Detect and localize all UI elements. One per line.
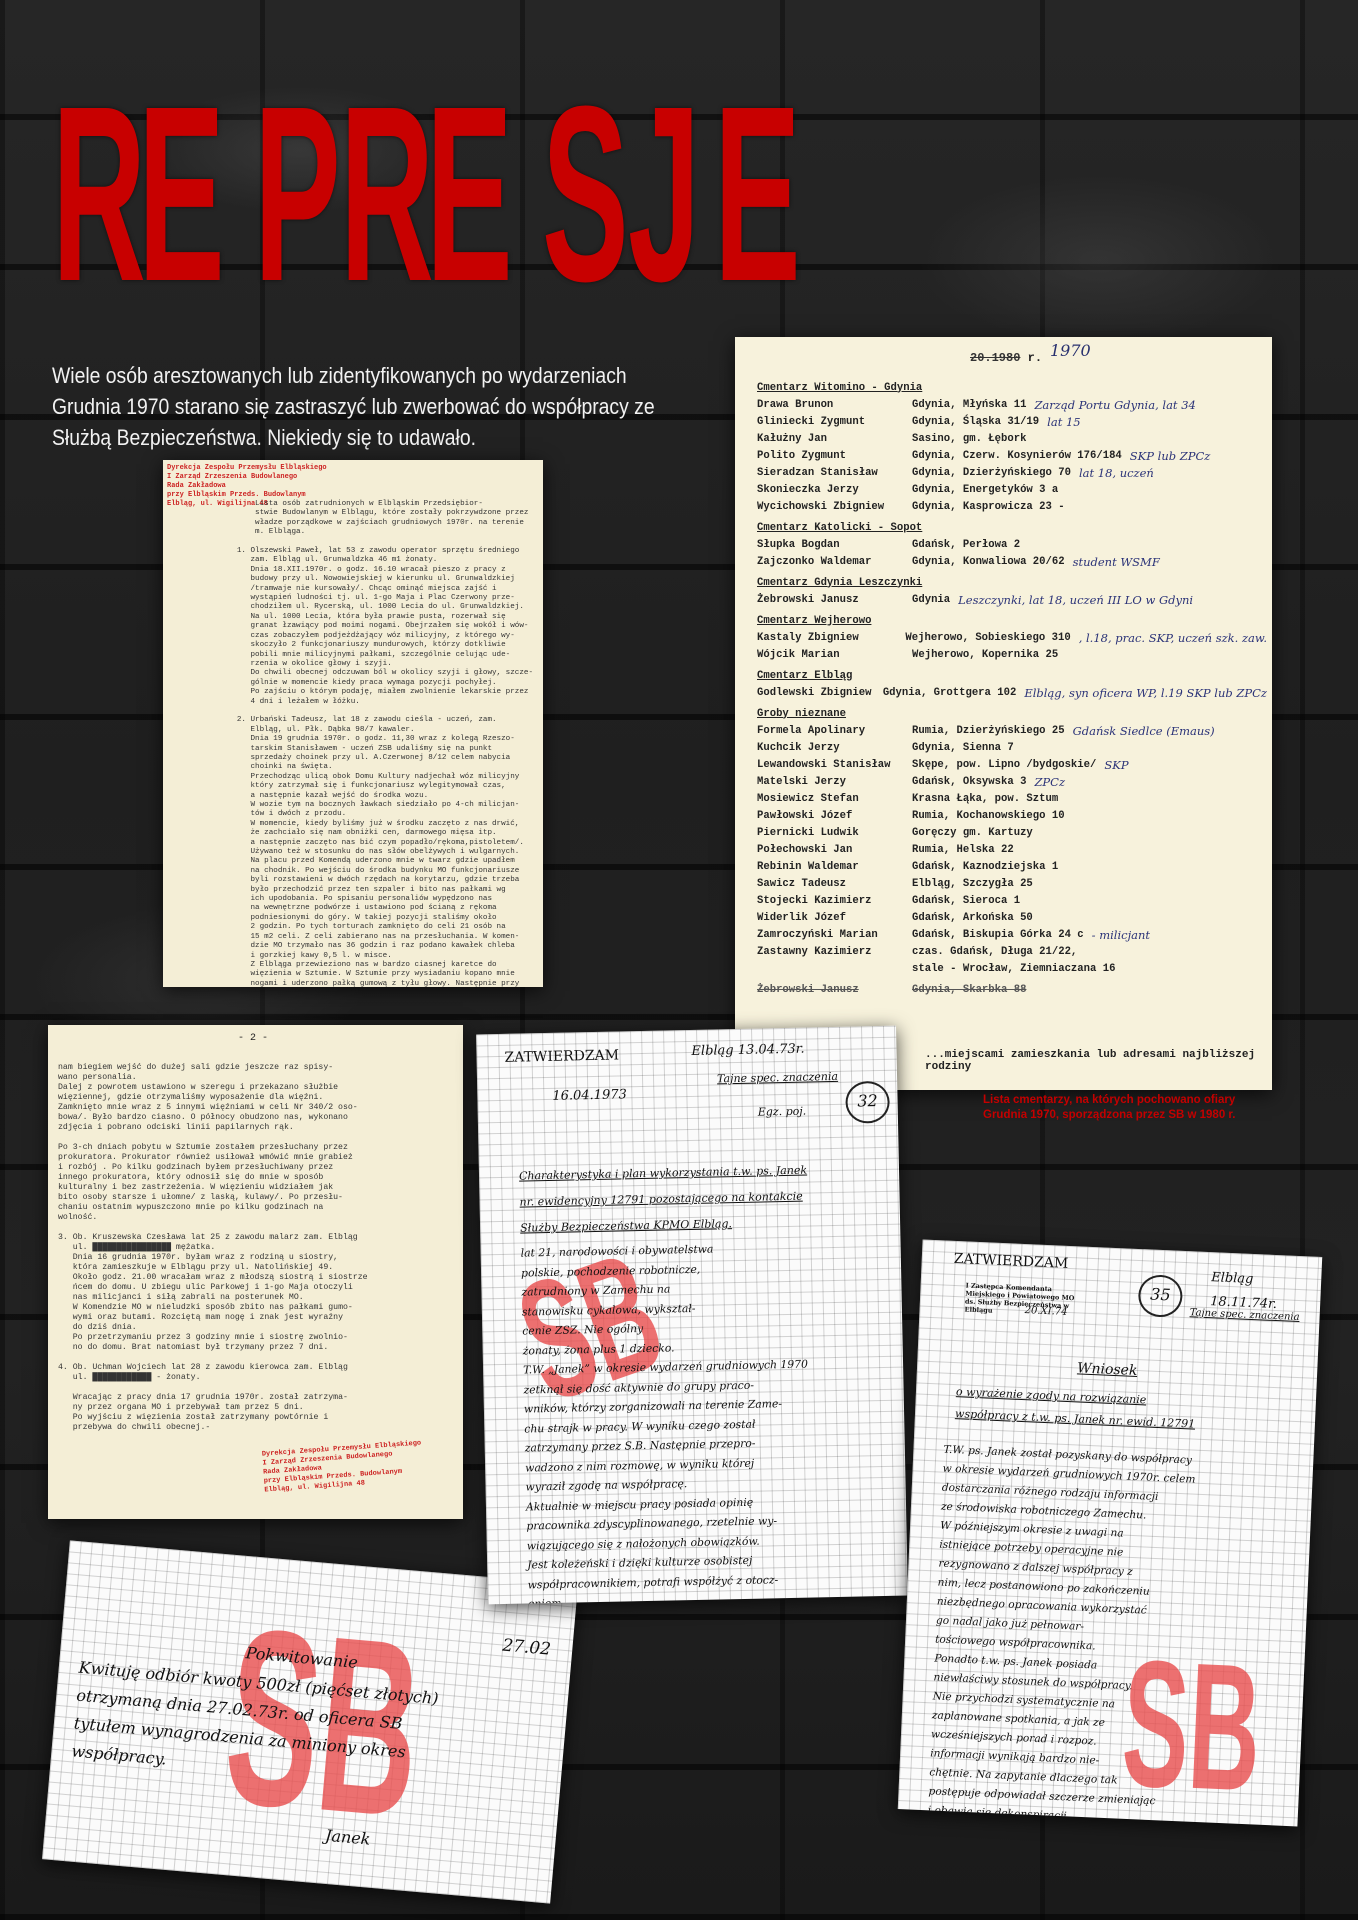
- victim-name: Kałużny Jan: [757, 433, 912, 445]
- list-item: Zajczonko WaldemarGdynia, Konwaliowa 20/…: [757, 553, 1267, 570]
- place-date: Elbląg 13.04.73r.: [691, 1038, 805, 1064]
- page-number-circle: 35: [1137, 1274, 1183, 1318]
- victim-address: Wejherowo, Kopernika 25: [912, 649, 1058, 661]
- list-item: Polito ZygmuntGdynia, Czerw. Kosynierów …: [757, 447, 1267, 464]
- handwritten-note: Gdańsk Siedlce (Emaus): [1073, 724, 1215, 738]
- classification: Tajne spec. znaczenia: [717, 1065, 838, 1092]
- handwritten-note: , l.18, prac. SKP, uczeń szk. zaw.: [1079, 631, 1267, 645]
- victim-name: Sieradzan Stanisław: [757, 467, 912, 479]
- handwritten-note: lat 15: [1047, 415, 1080, 429]
- handwritten-note: Elbląg, syn oficera WP, l.19 SKP lub ZPC…: [1024, 686, 1267, 700]
- victim-address: Gdańsk, Perłowa 2: [912, 539, 1020, 551]
- cemetery-heading: Cmentarz Witomino - Gdynia: [757, 379, 1267, 396]
- page-number: - 2 -: [238, 1033, 268, 1044]
- list-footer-text: ...miejscami zamieszkania lub adresami n…: [925, 1049, 1272, 1073]
- list-date: 20.1980 r.: [970, 351, 1042, 365]
- classification: Tajne spec. znaczenia: [1189, 1301, 1300, 1330]
- handwritten-note: SKP: [1104, 758, 1128, 772]
- victim-address: Gdynia, Kasprowicza 23 -: [912, 501, 1065, 513]
- title-letter: E: [714, 89, 751, 299]
- title-letter: S: [542, 89, 579, 299]
- victim-name: Cmentarz Gdynia Leszczynki: [757, 577, 922, 589]
- handwritten-note: lat 18, uczeń: [1079, 466, 1154, 480]
- victim-name: Lewandowski Stanisław: [757, 759, 912, 771]
- title-letter: E: [426, 89, 463, 299]
- victim-address: Gdynia, Sienna 7: [912, 742, 1014, 754]
- victim-address: Gdynia, Dzierżyńskiego 70: [912, 467, 1071, 479]
- cemetery-list-caption: Lista cmentarzy, na których pochowano of…: [983, 1093, 1273, 1123]
- victim-name: Połechowski Jan: [757, 844, 912, 856]
- victim-address: Skępe, pow. Lipno /bydgoskie/: [912, 759, 1096, 771]
- list-item: Mosiewicz StefanKrasna Łąka, pow. Sztum: [757, 790, 1267, 807]
- list-item: Wycichowski ZbigniewGdynia, Kasprowicza …: [757, 498, 1267, 515]
- list-item: Piernicki LudwikGoręczy gm. Kartuzy: [757, 824, 1267, 841]
- cemetery-heading: Cmentarz Gdynia Leszczynki: [757, 574, 1267, 591]
- report-text: nam biegiem wejść do dużej sali gdzie je…: [58, 1063, 458, 1433]
- list-item: Rebinin WaldemarGdańsk, Kaznodziejska 1: [757, 858, 1267, 875]
- victim-name: Polito Zygmunt: [757, 450, 912, 462]
- document-report-page-1: Dyrekcja Zespołu Przemysłu Elbląskiego I…: [163, 460, 543, 987]
- victim-address: Gdańsk, Sieroca 1: [912, 895, 1020, 907]
- victim-name: Drawa Brunon: [757, 399, 912, 411]
- document-tw-characteristics: ZATWIERDZAM 16.04.1973 Elbląg 13.04.73r.…: [476, 1026, 908, 1605]
- list-item: Sawicz TadeuszElbląg, Szczygła 25: [757, 875, 1267, 892]
- victim-name: Formela Apolinary: [757, 725, 912, 737]
- handwritten-note: - milicjant: [1092, 928, 1150, 942]
- victim-address: Gdańsk, Arkońska 50: [912, 912, 1033, 924]
- document-subject: o wyrażenie zgody na rozwiązanie współpr…: [955, 1381, 1197, 1435]
- document-body: lat 21, narodowości i obywatelstwa polsk…: [520, 1236, 898, 1605]
- victim-name: Wycichowski Zbigniew: [757, 501, 912, 513]
- list-item: stale - Wrocław, Ziemniaczana 16: [757, 960, 1267, 977]
- victim-name: Groby nieznane: [757, 708, 846, 720]
- victim-address: Gdynia, Młyńska 11: [912, 399, 1026, 411]
- list-item: Wójcik MarianWejherowo, Kopernika 25: [757, 646, 1267, 663]
- list-item: Zastawny Kazimierzczas. Gdańsk, Długa 21…: [757, 943, 1267, 960]
- victim-address: Krasna Łąka, pow. Sztum: [912, 793, 1058, 805]
- handwritten-note: ZPCz: [1034, 775, 1065, 789]
- list-item: Połechowski JanRumia, Helska 22: [757, 841, 1267, 858]
- handwritten-note: SKP lub ZPCz: [1130, 449, 1211, 463]
- list-item: Żebrowski JanuszGdyniaLeszczynki, lat 18…: [757, 591, 1267, 608]
- victim-name: Cmentarz Katolicki - Sopot: [757, 522, 922, 534]
- handwritten-note: student WSMF: [1073, 555, 1160, 569]
- handwritten-year: 1970: [1050, 341, 1091, 360]
- list-item: Pawłowski JózefRumia, Kochanowskiego 10: [757, 807, 1267, 824]
- victim-address: Rumia, Helska 22: [912, 844, 1014, 856]
- victim-name: Cmentarz Wejherowo: [757, 615, 871, 627]
- victim-name: Rebinin Waldemar: [757, 861, 912, 873]
- victim-name: Pawłowski Józef: [757, 810, 912, 822]
- list-item: Żebrowski JanuszGdynia, Skarbka 88: [757, 981, 1267, 998]
- victim-address: Gdynia: [912, 594, 950, 606]
- list-item: Formela ApolinaryRumia, Dzierżyńskiego 2…: [757, 722, 1267, 739]
- victim-address: Wejherowo, Sobieskiego 310: [905, 632, 1070, 644]
- victim-name: Żebrowski Janusz: [757, 984, 912, 996]
- list-item: Słupka BogdanGdańsk, Perłowa 2: [757, 536, 1267, 553]
- victim-address: Gdynia, Grottgera 102: [883, 687, 1017, 699]
- cemetery-heading: Cmentarz Wejherowo: [757, 612, 1267, 629]
- victim-name: Wójcik Marian: [757, 649, 912, 661]
- receipt-date: 27.02: [501, 1634, 552, 1662]
- list-item: Widerlik JózefGdańsk, Arkońska 50: [757, 909, 1267, 926]
- victim-address: Rumia, Kochanowskiego 10: [912, 810, 1065, 822]
- copy-label: Egz. poj.: [758, 1100, 807, 1125]
- title-letter: J: [628, 89, 665, 299]
- cemetery-heading: Cmentarz Elbląg: [757, 667, 1267, 684]
- victim-name: Piernicki Ludwik: [757, 827, 912, 839]
- victim-name: Cmentarz Elbląg: [757, 670, 852, 682]
- handwritten-note: Leszczynki, lat 18, uczeń III LO w Gdyni: [958, 593, 1193, 607]
- approval-date: 16.04.1973: [552, 1083, 627, 1109]
- report-text: Lista osób zatrudnionych w Elbląskim Prz…: [173, 500, 538, 987]
- cemetery-list-rows: Cmentarz Witomino - GdyniaDrawa BrunonGd…: [757, 375, 1267, 998]
- victim-name: Stojecki Kazimierz: [757, 895, 912, 907]
- title-letter: E: [138, 89, 175, 299]
- list-item: Stojecki KazimierzGdańsk, Sieroca 1: [757, 892, 1267, 909]
- victim-name: Zajczonko Waldemar: [757, 556, 912, 568]
- victim-name: Żebrowski Janusz: [757, 594, 912, 606]
- victim-address: stale - Wrocław, Ziemniaczana 16: [912, 963, 1115, 975]
- victim-address: Rumia, Dzierżyńskiego 25: [912, 725, 1065, 737]
- title-letter: R: [52, 89, 89, 299]
- document-report-page-2: - 2 - nam biegiem wejść do dużej sali gd…: [48, 1025, 463, 1519]
- victim-name: Zamroczyński Marian: [757, 929, 912, 941]
- cemetery-heading: Groby nieznane: [757, 705, 1267, 722]
- cemetery-heading: Cmentarz Katolicki - Sopot: [757, 519, 1267, 536]
- list-item: Gliniecki ZygmuntGdynia, Śląska 31/19lat…: [757, 413, 1267, 430]
- victim-address: Gdynia, Śląska 31/19: [912, 416, 1039, 428]
- list-item: Matelski JerzyGdańsk, Oksywska 3ZPCz: [757, 773, 1267, 790]
- victim-address: czas. Gdańsk, Długa 21/22,: [912, 946, 1077, 958]
- list-item: Kastaly ZbigniewWejherowo, Sobieskiego 3…: [757, 629, 1267, 646]
- victim-name: Widerlik Józef: [757, 912, 912, 924]
- red-institution-stamp: Dyrekcja Zespołu Przemysłu Elbląskiego I…: [262, 1439, 424, 1495]
- victim-name: Skonieczka Jerzy: [757, 484, 912, 496]
- sb-stamp-overlay: SB: [1119, 1634, 1264, 1820]
- document-subject: Charakterystyka i plan wykorzystania t.w…: [519, 1158, 809, 1242]
- victim-address: Sasino, gm. Łębork: [912, 433, 1026, 445]
- victim-name: Matelski Jerzy: [757, 776, 912, 788]
- approval-label: ZATWIERDZAM: [953, 1247, 1068, 1276]
- victim-address: Gdynia, Energetyków 3 a: [912, 484, 1058, 496]
- handwritten-note: Zarząd Portu Gdynia, lat 34: [1034, 398, 1195, 412]
- victim-address: Gdynia, Konwaliowa 20/62: [912, 556, 1065, 568]
- list-item: Skonieczka JerzyGdynia, Energetyków 3 a: [757, 481, 1267, 498]
- victim-address: Gdańsk, Oksywska 3: [912, 776, 1026, 788]
- victim-name: Mosiewicz Stefan: [757, 793, 912, 805]
- victim-address: Gdańsk, Kaznodziejska 1: [912, 861, 1058, 873]
- list-item: Kuchcik JerzyGdynia, Sienna 7: [757, 739, 1267, 756]
- page-number-circle: 32: [845, 1081, 890, 1124]
- list-item: Zamroczyński MarianGdańsk, Biskupia Górk…: [757, 926, 1267, 943]
- document-termination-request: ZATWIERDZAM I Zastępca Komendanta Miejsk…: [898, 1240, 1322, 1827]
- approval-label: ZATWIERDZAM: [504, 1043, 619, 1069]
- victim-address: Elbląg, Szczygła 25: [912, 878, 1033, 890]
- approval-date: 20.XI.74: [1024, 1299, 1068, 1325]
- list-item: Kałużny JanSasino, gm. Łębork: [757, 430, 1267, 447]
- document-heading: Wniosek: [1077, 1356, 1138, 1383]
- receipt-signature: Janek: [324, 1824, 371, 1852]
- list-item: Lewandowski StanisławSkępe, pow. Lipno /…: [757, 756, 1267, 773]
- victim-name: Gliniecki Zygmunt: [757, 416, 912, 428]
- victim-address: Gdynia, Skarbka 88: [912, 984, 1026, 996]
- list-item: Godlewski ZbigniewGdynia, Grottgera 102E…: [757, 684, 1267, 701]
- title-letter: P: [254, 89, 291, 299]
- victim-name: Zastawny Kazimierz: [757, 946, 912, 958]
- title-letter: R: [340, 89, 377, 299]
- victim-address: Gdynia, Czerw. Kosynierów 176/184: [912, 450, 1122, 462]
- intro-paragraph: Wiele osób aresztowanych lub zidentyfiko…: [52, 360, 694, 453]
- document-cemetery-list: 20.1980 r. 1970 Cmentarz Witomino - Gdyn…: [735, 337, 1272, 1090]
- victim-address: Gdańsk, Biskupia Górka 24 c: [912, 929, 1084, 941]
- victim-address: Goręczy gm. Kartuzy: [912, 827, 1033, 839]
- victim-name: Słupka Bogdan: [757, 539, 912, 551]
- victim-name: Cmentarz Witomino - Gdynia: [757, 382, 922, 394]
- victim-name: Kuchcik Jerzy: [757, 742, 912, 754]
- poster-title: REPRESJE: [52, 89, 786, 299]
- list-item: Sieradzan StanisławGdynia, Dzierżyńskieg…: [757, 464, 1267, 481]
- victim-name: Godlewski Zbigniew: [757, 687, 883, 699]
- victim-name: Kastaly Zbigniew: [757, 632, 905, 644]
- list-item: Drawa BrunonGdynia, Młyńska 11Zarząd Por…: [757, 396, 1267, 413]
- victim-name: Sawicz Tadeusz: [757, 878, 912, 890]
